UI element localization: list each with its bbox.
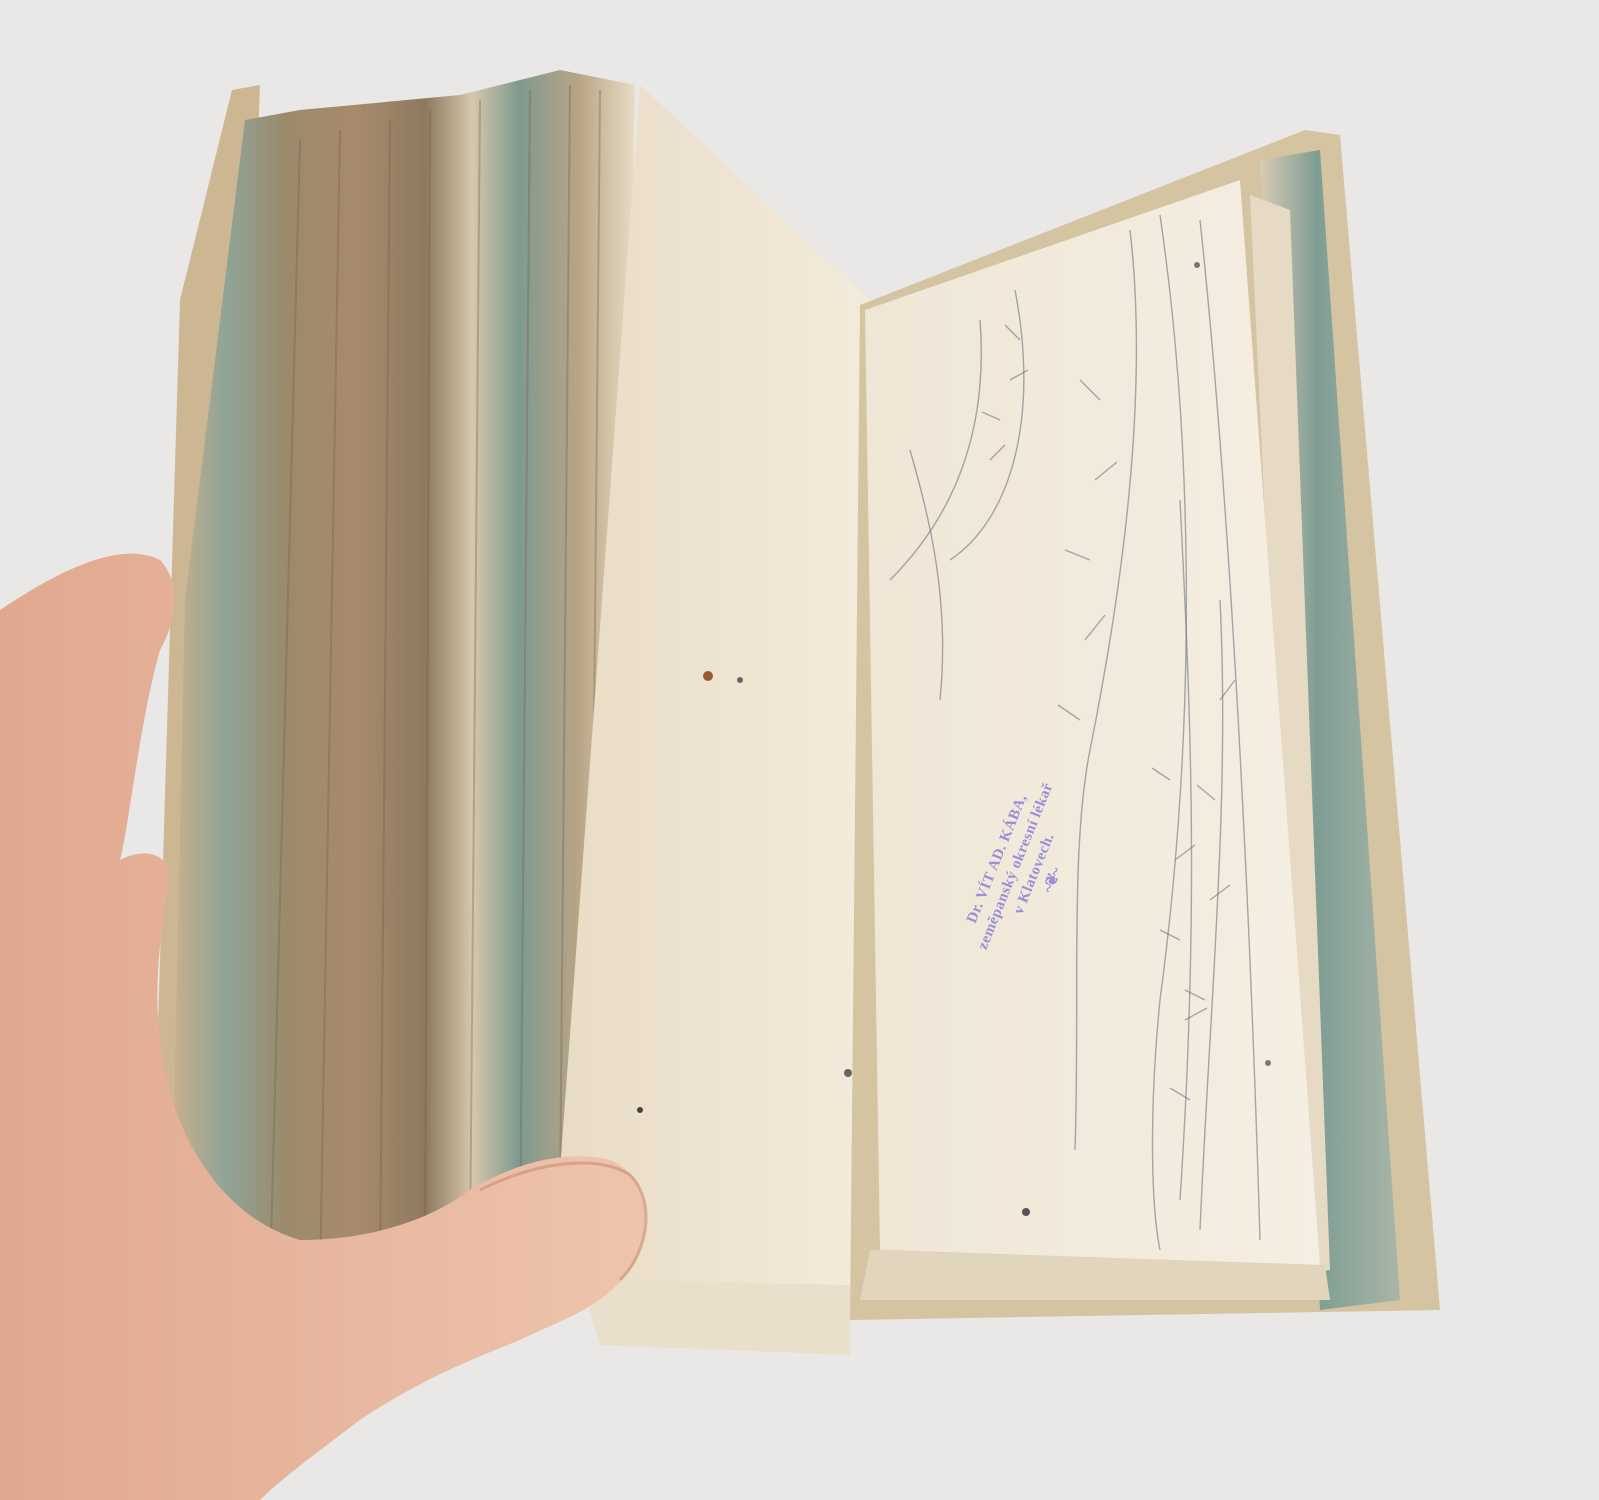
photo-scene: Dr. VÍT AD. KÁBA, zeměpanský okresní lék… [0, 0, 1599, 1500]
right-page [865, 180, 1320, 1265]
book-illustration [0, 0, 1599, 1500]
